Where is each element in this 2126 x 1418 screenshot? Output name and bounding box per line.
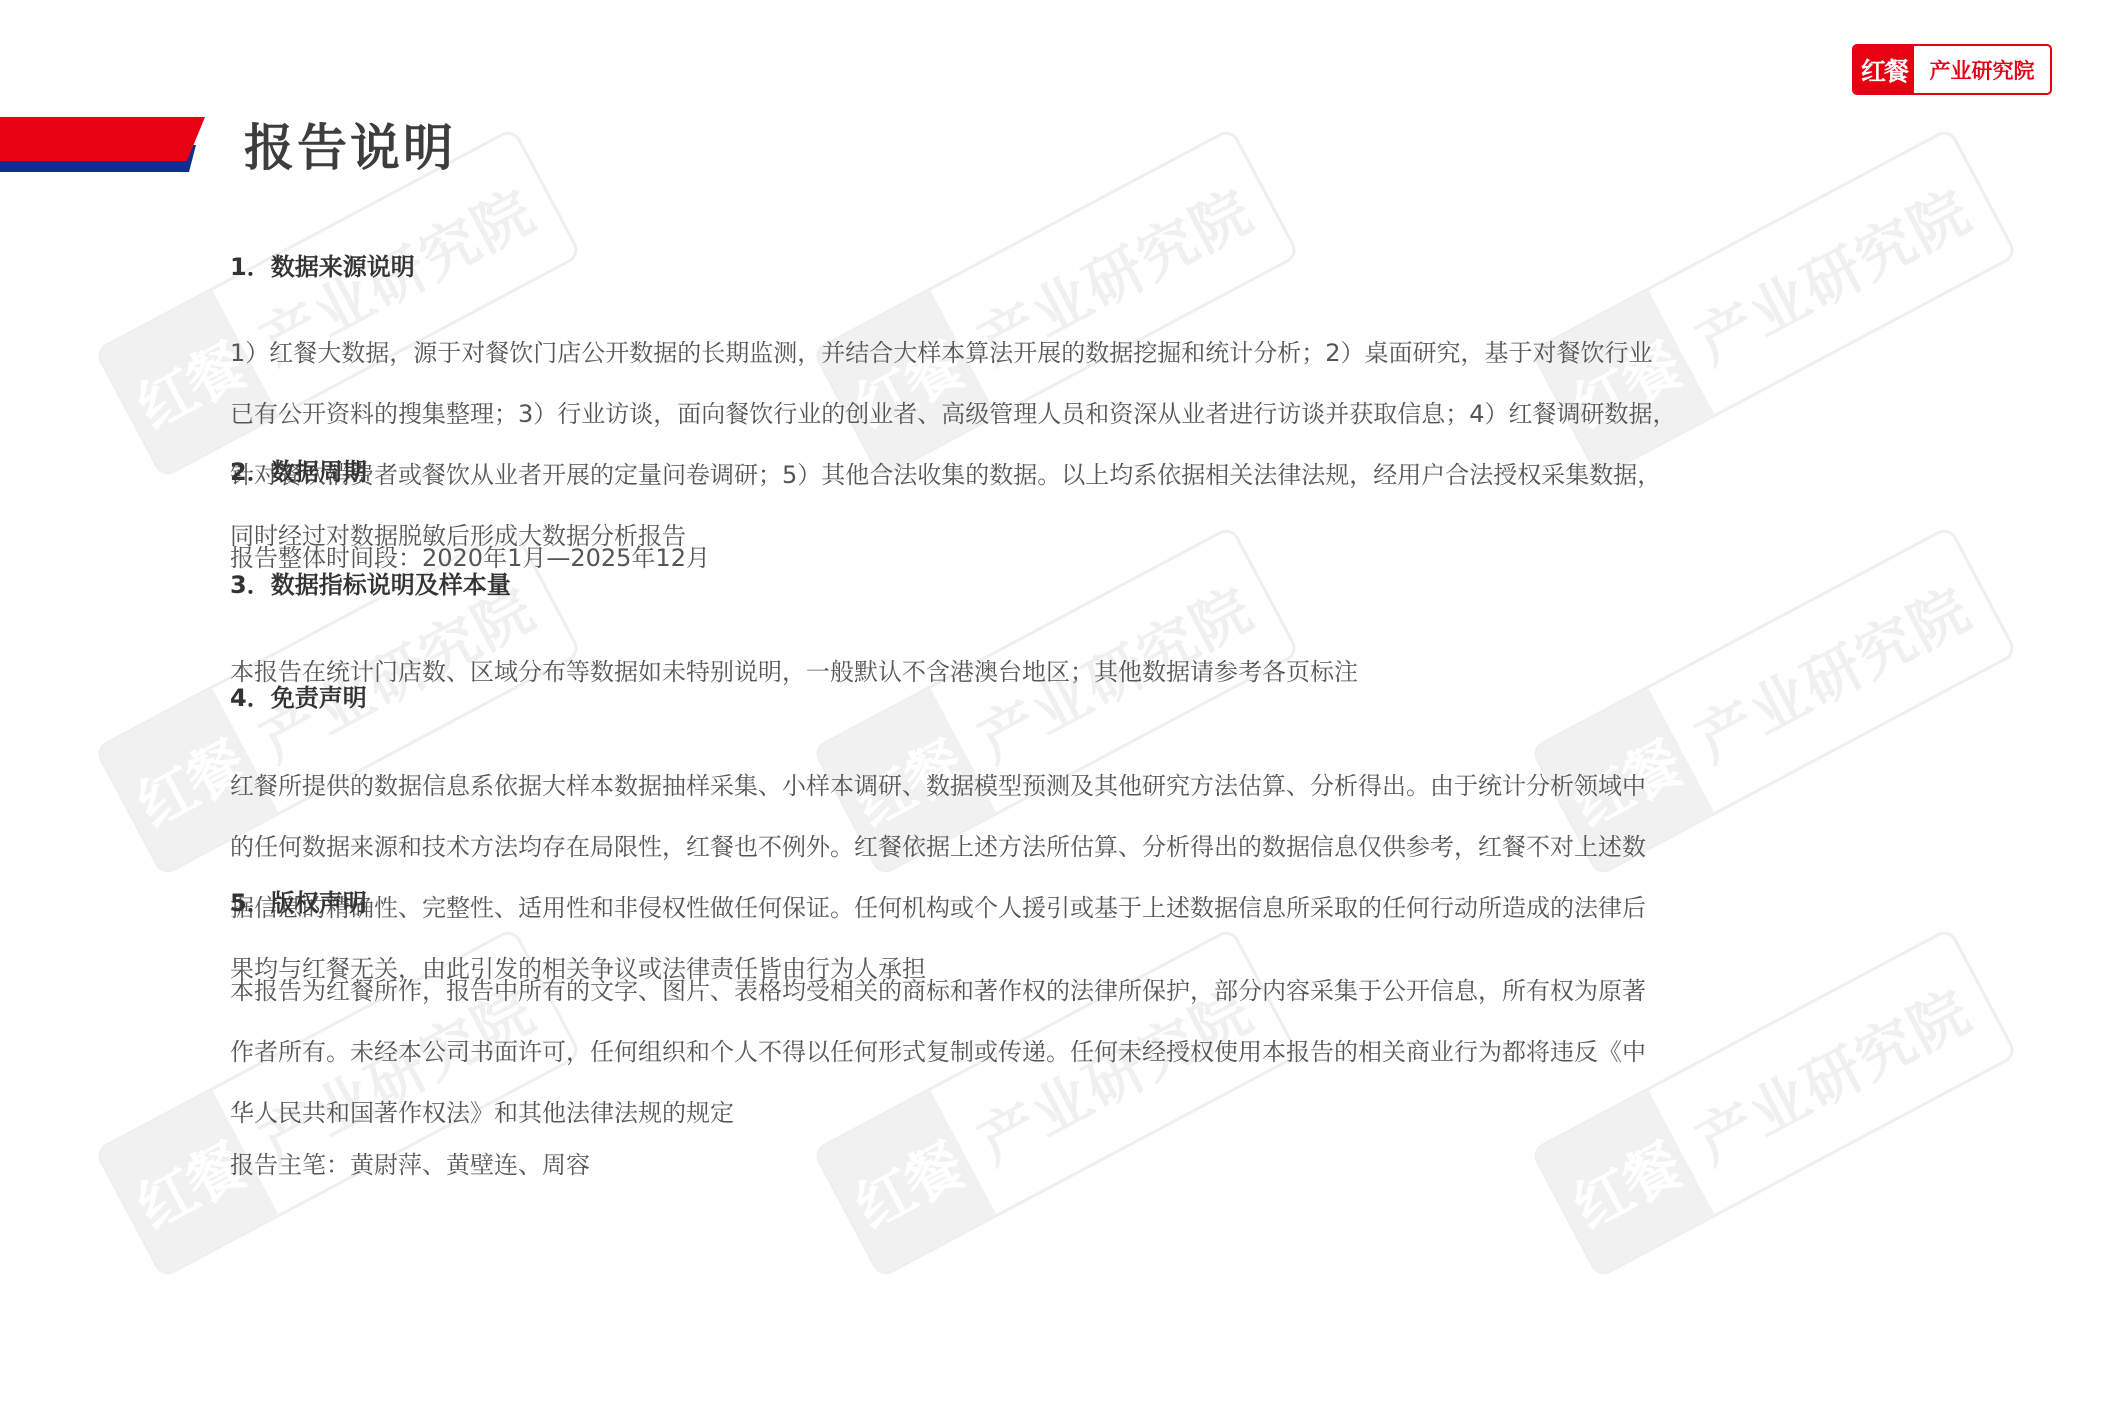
logo-subtitle: 产业研究院 xyxy=(1914,46,2050,93)
section-body: 本报告在统计门店数、区域分布等数据如未特别说明，一般默认不含港澳台地区；其他数据… xyxy=(230,626,1900,718)
text-line: 本报告在统计门店数、区域分布等数据如未特别说明，一般默认不含港澳台地区；其他数据… xyxy=(230,657,1900,688)
text-line: 的任何数据来源和技术方法均存在局限性，红餐也不例外。红餐依据上述方法所估算、分析… xyxy=(230,832,1900,863)
logo-brand-mark: 红餐 xyxy=(1854,46,1914,93)
text-line: 作者所有。未经本公司书面许可，任何组织和个人不得以任何形式复制或传递。任何未经授… xyxy=(230,1037,1900,1068)
text-line: 据信息的精确性、完整性、适用性和非侵权性做任何保证。任何机构或个人援引或基于上述… xyxy=(230,893,1900,924)
authors-text: 报告主笔：黄尉萍、黄壁连、周容 xyxy=(230,1150,1900,1181)
page-title: 报告说明 xyxy=(244,108,456,180)
header-accent-bar xyxy=(0,0,220,180)
section-heading: 4．免责声明 xyxy=(230,683,367,713)
text-line: 红餐所提供的数据信息系依据大样本数据抽样采集、小样本调研、数据模型预测及其他研究… xyxy=(230,771,1900,802)
text-line: 针对餐饮消费者或餐饮从业者开展的定量问卷调研；5）其他合法收集的数据。以上均系依… xyxy=(230,460,1900,491)
section-heading: 5．版权声明 xyxy=(230,888,367,918)
text-line: 本报告为红餐所作，报告中所有的文字、图片、表格均受相关的商标和著作权的法律所保护… xyxy=(230,976,1900,1007)
section-heading: 2．数据周期 xyxy=(230,457,367,487)
text-line: 1）红餐大数据，源于对餐饮门店公开数据的长期监测，并结合大样本算法开展的数据挖掘… xyxy=(230,338,1900,369)
text-line: 报告整体时间段：2020年1月—2025年12月 xyxy=(230,543,1900,574)
text-line: 已有公开资料的搜集整理；3）行业访谈，面向餐饮行业的创业者、高级管理人员和资深从… xyxy=(230,399,1900,430)
section-heading: 1．数据来源说明 xyxy=(230,252,415,282)
brand-logo: 红餐 产业研究院 xyxy=(1852,44,2052,95)
report-authors: 报告主笔：黄尉萍、黄壁连、周容 xyxy=(230,1119,1900,1211)
section-heading: 3．数据指标说明及样本量 xyxy=(230,570,511,600)
